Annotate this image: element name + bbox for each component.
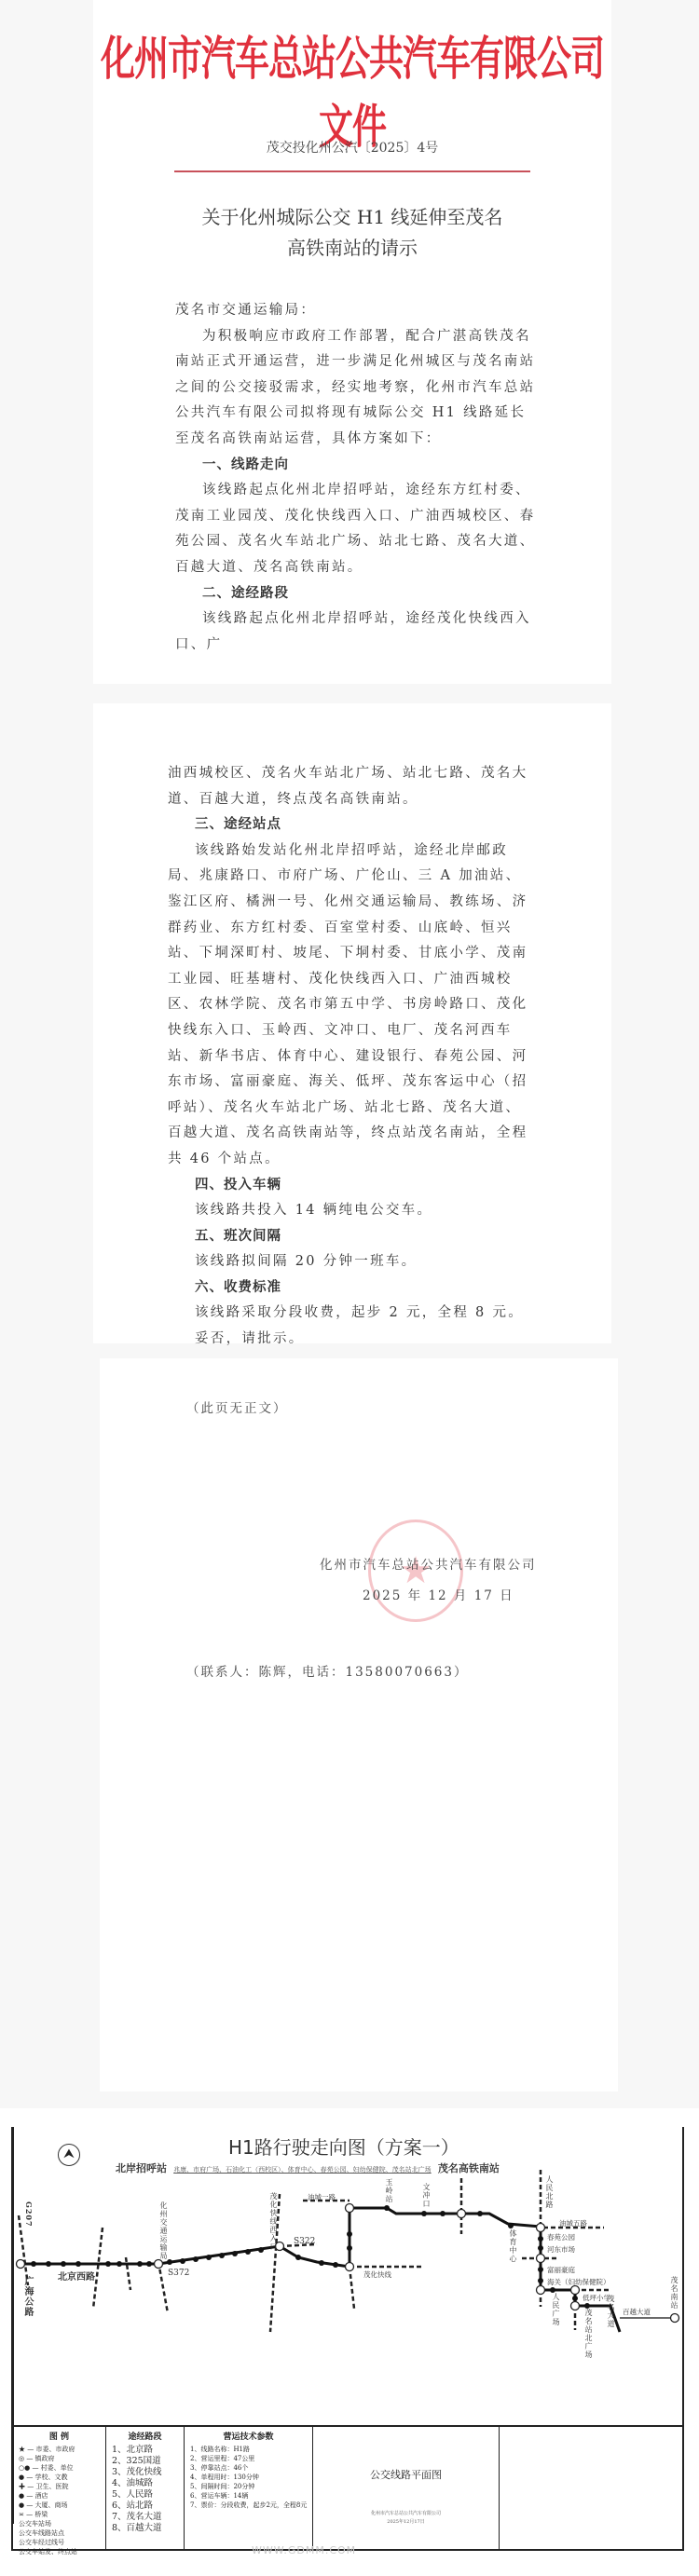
red-divider — [174, 170, 530, 172]
station-transport-bureau: 化州交通运输局 — [158, 2201, 169, 2260]
document-title: 关于化州城际公交 H1 线延伸至茂名 高铁南站的请示 — [93, 202, 611, 264]
station-maoming-avenue: 茂名大道 — [606, 2295, 616, 2328]
no-text-note: （此页无正文） — [186, 1397, 288, 1416]
legend-column: 图 例 ★ — 市委、市政府 ◎ — 镇政府 ○● — 村委、单位 ● — 学校… — [13, 2427, 106, 2549]
watermark: WWW.GDMM.COM — [252, 2544, 356, 2556]
station-renmin-square: 人民广场 — [551, 2293, 561, 2326]
salutation: 茂名市交通运输局： — [175, 298, 539, 324]
intro-paragraph: 为积极响应市政府工作部署，配合广湛高铁茂名南站正式开通运营，进一步满足化州城区与… — [175, 324, 539, 453]
contact-info: （联系人：陈辉，电话：13580070663） — [186, 1661, 468, 1680]
section-4-text: 该线路共投入 14 辆纯电公交车。 — [168, 1198, 531, 1224]
road-label-youcheng-1: 油城一路 — [308, 2192, 336, 2202]
section-1-text: 该线路起点化州北岸招呼站，途经东方红村委、茂南工业园茂、茂化快线西入口、广油西城… — [175, 478, 539, 580]
station-customs: 海关（妇幼保健院） — [547, 2277, 610, 2287]
section-3-heading: 三、途经站点 — [168, 812, 531, 838]
station-sports-center: 体育中心 — [508, 2229, 518, 2263]
station-maoming-south: 茂名南站 — [669, 2276, 679, 2310]
road-label-beijing-west: 北京西路 — [58, 2269, 95, 2283]
plan-title: 公交线路平面图 — [319, 2467, 493, 2482]
signature-org: 化州市汽车总站公共汽车有限公司 — [320, 1554, 537, 1573]
road-label-youcheng-5: 油城五路 — [559, 2218, 587, 2228]
road-label-maohua-express: 茂化快线 — [363, 2269, 391, 2280]
document-body: 茂名市交通运输局： 为积极响应市政府工作部署，配合广湛高铁茂名南站正式开通运营，… — [175, 298, 539, 658]
section-2-heading: 二、途经路段 — [175, 581, 539, 607]
section-6-heading: 六、收费标准 — [168, 1275, 531, 1302]
road-label-guanghai: 广海公路 — [21, 2276, 34, 2317]
station-maohua-west-entry: 茂化快线西入口 — [268, 2192, 279, 2251]
tech-params-column: 营运技术参数 1、线路名称：H1路 2、营运里程：47公里 3、停靠站点：46个… — [185, 2427, 313, 2549]
route-map-page: H1路行驶走向图（方案一） ⮝ 北岸招呼站 兆康、市府广场、石油化工（西校区）、… — [0, 2108, 699, 2576]
section-5-heading: 五、班次间隔 — [168, 1224, 531, 1250]
section-2-text-continued: 油西城校区、茂名火车站北广场、站北七路、茂名大道、百越大道，终点茂名高铁南站。 — [168, 761, 531, 812]
title-line-1: 关于化州城际公交 H1 线延伸至茂名 — [93, 202, 611, 233]
red-header: 化州市汽车总站公共汽车有限公司文件 — [93, 20, 611, 157]
section-4-heading: 四、投入车辆 — [168, 1173, 531, 1199]
document-number: 茂交投化州公汽〔2025〕4号 — [93, 138, 611, 157]
station-yuling: 玉岭站 — [384, 2178, 394, 2203]
station-wenchongkou: 文冲口 — [421, 2183, 432, 2208]
plan-org: 化州市汽车总站公共汽车有限公司 — [319, 2510, 493, 2516]
section-1-heading: 一、线路走向 — [175, 453, 539, 479]
section-2-text: 该线路起点化州北岸招呼站，途经茂化快线西入口、广 — [175, 607, 539, 658]
section-5-text: 该线路拟间隔 20 分钟一班车。 — [168, 1249, 531, 1275]
title-line-2: 高铁南站的请示 — [93, 233, 611, 264]
plan-date: 2025年12月17日 — [319, 2518, 493, 2525]
section-6-text: 该线路采取分段收费，起步 2 元，全程 8 元。 — [168, 1301, 531, 1327]
station-chunyuan-park: 春苑公园 — [547, 2232, 575, 2242]
road-label-s372: S372 — [168, 2269, 189, 2278]
station-hedong-market: 河东市场 — [547, 2244, 575, 2255]
route-diagram — [0, 2108, 699, 2425]
document-page-1: 化州市汽车总站公共汽车有限公司文件 茂交投化州公汽〔2025〕4号 关于化州城际… — [93, 0, 611, 684]
section-3-text: 该线路始发站化州北岸招呼站，途经北岸邮政局、兆康路口、市府广场、广伦山、三 A … — [168, 838, 531, 1173]
document-page-2: 油西城校区、茂名火车站北广场、站北七路、茂名大道、百越大道，终点茂名高铁南站。 … — [93, 703, 611, 1343]
road-label-g207: G207 — [24, 2201, 34, 2228]
station-fuli-haoting: 富丽豪庭 — [547, 2265, 575, 2275]
road-label-baiyue: 百越大道 — [623, 2307, 651, 2317]
document-page-3: （此页无正文） ★ 化州市汽车总站公共汽车有限公司 2025 年 12 月 17… — [100, 1358, 618, 2092]
signature-date: 2025 年 12 月 17 日 — [363, 1585, 514, 1603]
map-legend-table: 图 例 ★ — 市委、市政府 ◎ — 镇政府 ○● — 村委、单位 ● — 学校… — [11, 2425, 684, 2551]
station-maoming-north-square: 茂名站北广场 — [583, 2309, 594, 2359]
station-renmin-north: 人民北路 — [544, 2175, 555, 2209]
road-label-s322: S322 — [294, 2237, 315, 2246]
plan-title-column: 公交线路平面图 化州市汽车总站公共汽车有限公司 2025年12月17日 — [313, 2427, 500, 2549]
document-body-continued: 油西城校区、茂名火车站北广场、站北七路、茂名大道、百越大道，终点茂名高铁南站。 … — [168, 761, 531, 1417]
closing-line: 妥否，请批示。 — [168, 1327, 531, 1353]
route-sections-column: 途经路段 1、北京路 2、325国道 3、茂化快线 4、油城路 5、人民路 6、… — [106, 2427, 185, 2549]
